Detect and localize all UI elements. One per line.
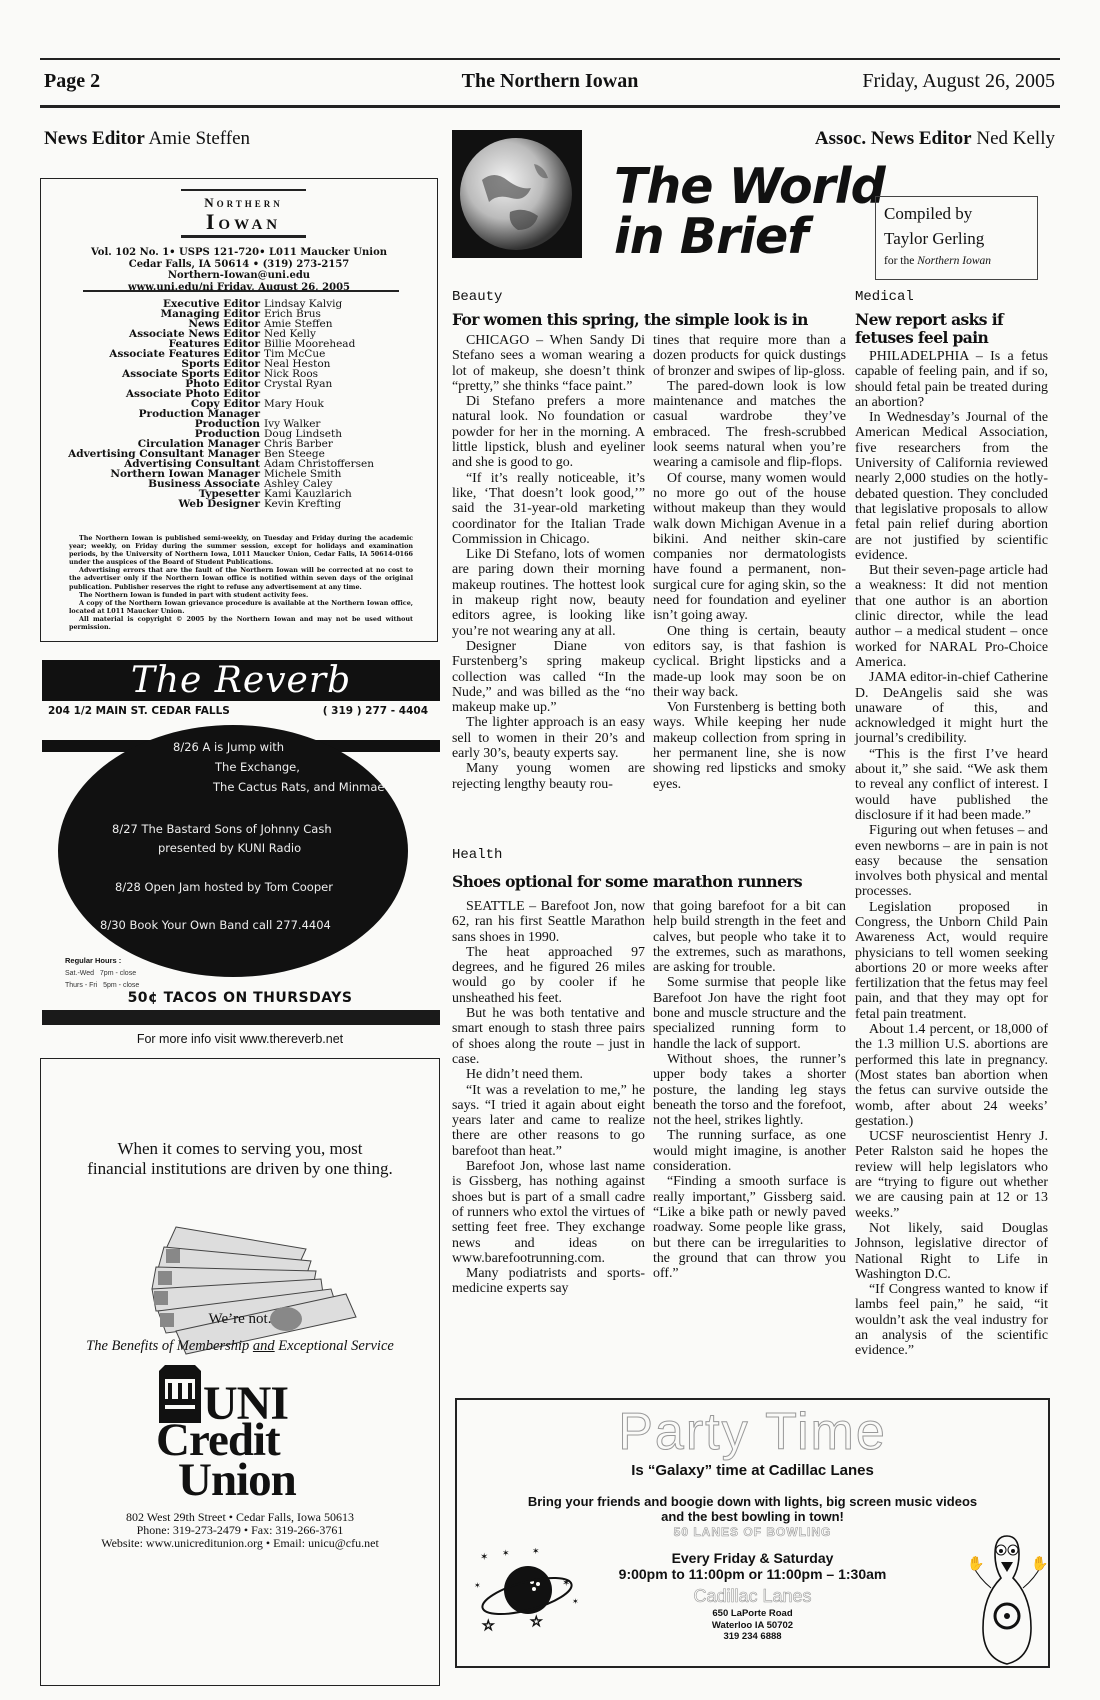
cu-contact-info: 802 West 29th Street • Cedar Falls, Iowa… (41, 1511, 439, 1550)
paragraph: Barefoot Jon, whose last name is Gissber… (452, 1159, 645, 1266)
paragraph: Legislation proposed in Congress, the Un… (855, 900, 1048, 1022)
desc-line: and the best bowling in town! (457, 1509, 1048, 1524)
reverb-ad: The Reverb 204 1/2 MAIN ST. CEDAR FALLS … (40, 660, 440, 1030)
assoc-news-editor-credit: Assoc. News Editor Ned Kelly (815, 128, 1055, 150)
paragraph: Like Di Stefano, lots of women are parin… (452, 547, 645, 639)
paragraph: About 1.4 percent, or 18,000 of the 1.3 … (855, 1022, 1048, 1129)
paragraph: The heat approached 97 degrees, and he f… (452, 945, 645, 1006)
staff-role: Web Designer (41, 499, 264, 509)
health-column-2: that going barefoot for a bit can help b… (653, 899, 846, 1281)
event-line: The Exchange, (215, 760, 300, 774)
paragraph: “If it’s really noticeable, it’s like, ‘… (452, 471, 645, 547)
medical-column: PHILADELPHIA – Is a fetus capable of fee… (855, 349, 1048, 1359)
bowling-pin-mascot-icon: ✋ ✋ (967, 1528, 1047, 1668)
staff-name: Kevin Krefting (264, 499, 341, 509)
event-line: presented by KUNI Radio (158, 841, 301, 855)
credit-role: News Editor (44, 128, 145, 149)
event-line: 8/26 A is Jump with (173, 740, 284, 754)
paragraph: PHILADELPHIA – Is a fetus capable of fee… (855, 349, 1048, 410)
cu-web-email[interactable]: Website: www.unicreditunion.org • Email:… (41, 1537, 439, 1550)
party-description: Bring your friends and boogie down with … (457, 1494, 1048, 1524)
header-top-rule (40, 58, 1060, 60)
svg-text:☆: ☆ (530, 1615, 543, 1630)
paragraph: JAMA editor-in-chief Catherine D. DeAnge… (855, 670, 1048, 746)
desc-line: Bring your friends and boogie down with … (457, 1494, 1048, 1509)
staff-name: Crystal Ryan (264, 379, 332, 389)
paragraph: “It was a revelation to me,” he says. “I… (452, 1083, 645, 1159)
paragraph: “If Congress wanted to know if lambs fee… (855, 1282, 1048, 1358)
svg-text:✶: ✶ (572, 1597, 579, 1606)
header-bottom-rule (40, 105, 1060, 108)
svg-text:✶: ✶ (480, 1552, 488, 1563)
masthead-legal-notice: The Northern Iowan is published semi-wee… (69, 534, 413, 631)
money-fan-icon (136, 1209, 366, 1359)
paragraph: “Finding a smooth surface is really impo… (653, 1174, 846, 1281)
paragraph: The lighter approach is an easy sell to … (452, 715, 645, 761)
paragraph: Many podiatrists and sports-medicine exp… (452, 1266, 645, 1297)
cu-lead-line: financial institutions are driven by one… (41, 1159, 439, 1179)
paragraph: Of course, many women would no more go o… (653, 471, 846, 624)
party-time-title: Party Time (457, 1404, 1048, 1460)
news-editor-credit: News Editor Amie Steffen (44, 128, 250, 150)
event-line: The Cactus Rats, and Minmae (213, 780, 385, 794)
credit-role: Assoc. News Editor (815, 128, 972, 149)
masthead-divider (83, 290, 399, 292)
category-medical: Medical (855, 289, 914, 305)
reverb-address: 204 1/2 MAIN ST. CEDAR FALLS (48, 705, 230, 717)
masthead-box: Northern Iowan Vol. 102 No. 1• USPS 121-… (40, 178, 438, 642)
nameplate-bottom: Iowan (181, 211, 306, 233)
paragraph: Without shoes, the runner’s upper body t… (653, 1052, 846, 1128)
compiled-for: for the Northern Iowan (884, 251, 1029, 271)
cu-lead-line: When it comes to serving you, most (41, 1139, 439, 1159)
event-line: 8/27 The Bastard Sons of Johnny Cash (112, 822, 332, 836)
paragraph: Many young women are rejecting lengthy b… (452, 761, 645, 792)
paragraph: He didn’t need them. (452, 1067, 645, 1082)
reverb-hours: Regular Hours : Sat.-Wed 7pm - close Thu… (65, 955, 139, 992)
event-line: 8/30 Book Your Own Band call 277.4404 (100, 918, 331, 932)
compiler-name: Taylor Gerling (884, 226, 1029, 251)
lanes-count: 50 LANES OF BOWLING (457, 1525, 1048, 1539)
bowling-ball-planet-icon: ✶✶ ✶✶ ✶✶ ☆ ☆ (472, 1548, 582, 1633)
reverb-website-link[interactable]: For more info visit www.thereverb.net (40, 1032, 440, 1046)
tagline-emphasis: and (253, 1338, 275, 1354)
legal-advertising: Advertising errors that are the fault of… (69, 566, 413, 590)
info-volume: Vol. 102 No. 1• USPS 121-720• L011 Mauck… (41, 247, 437, 259)
beauty-column-1: CHICAGO – When Sandy Di Stefano sees a w… (452, 333, 645, 792)
paragraph: The running surface, as one would might … (653, 1128, 846, 1174)
masthead-info: Vol. 102 No. 1• USPS 121-720• L011 Mauck… (41, 247, 437, 293)
uni-credit-union-logo: UNI Credit Union (151, 1362, 331, 1482)
paragraph: CHICAGO – When Sandy Di Stefano sees a w… (452, 333, 645, 394)
paragraph: Von Furstenberg is betting both ways. Wh… (653, 700, 846, 792)
tagline-part: The Benefits of Membership (86, 1338, 253, 1354)
staff-list: Executive EditorLindsay Kalvig Managing … (41, 299, 437, 509)
legal-copyright: All material is copyright © 2005 by the … (69, 615, 413, 631)
paragraph: Not likely, said Douglas Johnson, legisl… (855, 1221, 1048, 1282)
headline-health: Shoes optional for some marathon runners (452, 873, 842, 891)
globe-icon (452, 130, 582, 258)
staff-row: Web DesignerKevin Krefting (41, 499, 437, 509)
hours-time: 7pm - close (100, 970, 136, 977)
hours-days: Thurs - Fri (65, 982, 97, 989)
svg-text:✋: ✋ (1031, 1555, 1047, 1572)
paragraph: But their seven-page article had a weakn… (855, 563, 1048, 670)
cadillac-lanes-ad: Party Time Is “Galaxy” time at Cadillac … (455, 1398, 1050, 1668)
legal-funding: The Northern Iowan is funded in part wit… (69, 591, 413, 599)
hours-label: Regular Hours : (65, 956, 121, 965)
title-line: in Brief (614, 212, 885, 262)
category-beauty: Beauty (452, 289, 502, 305)
event-line: 8/28 Open Jam hosted by Tom Cooper (115, 880, 333, 894)
paragraph: that going barefoot for a bit can help b… (653, 899, 846, 975)
svg-text:✶: ✶ (474, 1581, 481, 1590)
paragraph: Designer Diane von Furstenberg’s spring … (452, 639, 645, 715)
party-subtitle: Is “Galaxy” time at Cadillac Lanes (457, 1462, 1048, 1479)
credit-name: Amie Steffen (149, 128, 251, 149)
headline-beauty: For women this spring, the simple look i… (452, 311, 842, 329)
info-email[interactable]: Northern-Iowan@uni.edu (41, 270, 437, 282)
svg-text:✶: ✶ (562, 1578, 570, 1589)
credit-name: Ned Kelly (976, 128, 1055, 149)
issue-date: Friday, August 26, 2005 (862, 70, 1055, 93)
svg-text:✋: ✋ (967, 1555, 984, 1572)
paragraph: Some surmise that people like Barefoot J… (653, 975, 846, 1051)
hours-time: 5pm - close (103, 982, 139, 989)
paragraph: The pared-down look is low maintenance a… (653, 379, 846, 471)
reverb-address-line: 204 1/2 MAIN ST. CEDAR FALLS ( 319 ) 277… (48, 705, 428, 717)
svg-text:✶: ✶ (532, 1548, 540, 1556)
paragraph: UCSF neuroscientist Henry J. Peter Ralst… (855, 1129, 1048, 1221)
cu-lead-text: When it comes to serving you, most finan… (41, 1139, 439, 1179)
cu-punchline: We’re not. (41, 1311, 439, 1328)
nameplate-logo: Northern Iowan (181, 189, 306, 238)
info-address: Cedar Falls, IA 50614 • (319) 273-2157 (41, 259, 437, 271)
title-line: The World (614, 162, 885, 212)
reverb-promo: 50¢ TACOS ON THURSDAYS (40, 990, 440, 1006)
svg-text:☆: ☆ (482, 1619, 495, 1633)
reverb-phone: ( 319 ) 277 - 4404 (323, 705, 428, 717)
tagline-part: Exceptional Service (275, 1338, 394, 1354)
health-column-1: SEATTLE – Barefoot Jon, now 62, ran his … (452, 899, 645, 1297)
beauty-column-2: tines that require more than a dozen pro… (653, 333, 846, 792)
cu-tagline: The Benefits of Membership and Exception… (41, 1338, 439, 1355)
paragraph: Di Stefano prefers a more natural look. … (452, 394, 645, 470)
paragraph: SEATTLE – Barefoot Jon, now 62, ran his … (452, 899, 645, 945)
paragraph: In Wednesday’s Journal of the American M… (855, 410, 1048, 563)
staff-name: Mary Houk (264, 399, 324, 409)
paragraph: But he was both tentative and smart enou… (452, 1006, 645, 1067)
legal-publishing: The Northern Iowan is published semi-wee… (69, 534, 413, 566)
paragraph: One thing is certain, beauty editors say… (653, 624, 846, 700)
legal-grievance: A copy of the Northern Iowan grievance p… (69, 599, 413, 615)
reverb-black-bar-bottom (42, 1010, 440, 1025)
credit-union-ad: When it comes to serving you, most finan… (40, 1058, 440, 1686)
compiled-for-publication: Northern Iowan (917, 255, 991, 267)
svg-text:✶: ✶ (502, 1548, 510, 1558)
paragraph: Figuring out when fetuses – and even new… (855, 823, 1048, 899)
reverb-title: The Reverb (42, 660, 440, 701)
headline-medical: New report asks if fetuses feel pain (855, 311, 1045, 347)
paragraph: tines that require more than a dozen pro… (653, 333, 846, 379)
logo-union: Union (178, 1457, 296, 1504)
hours-days: Sat.-Wed (65, 970, 94, 977)
compiled-by-box: Compiled by Taylor Gerling for the North… (875, 196, 1038, 280)
compiled-for-prefix: for the (884, 255, 917, 267)
category-health: Health (452, 847, 502, 863)
compiled-label: Compiled by (884, 201, 1029, 226)
world-in-brief-title: The World in Brief (614, 162, 885, 262)
paragraph: “This is the first I’ve heard about it,”… (855, 747, 1048, 823)
